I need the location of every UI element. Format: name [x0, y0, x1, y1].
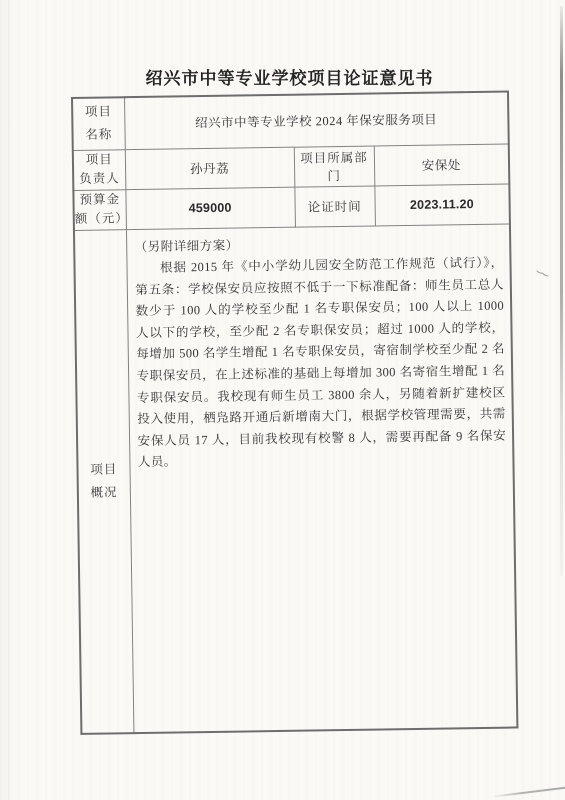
overview-paragraph: 根据 2015 年《中小学幼儿园安全防范工作规范（试行）》，第五条：学校保安员应… — [135, 253, 507, 474]
project-name-label: 项目 名称 — [72, 97, 125, 150]
project-review-form-table: 项目 名称 绍兴市中等专业学校 2024 年保安服务项目 项目 负责人 孙丹荔 … — [71, 91, 518, 735]
scanned-document-page: 绍兴市中等专业学校项目论证意见书 项目 名称 绍兴市中等专业学校 2024 年保… — [0, 0, 565, 800]
scan-corner-shadow — [491, 786, 565, 797]
project-name-value: 绍兴市中等专业学校 2024 年保安服务项目 — [124, 92, 509, 150]
overview-label: 项目 概况 — [74, 229, 133, 734]
review-time-label: 论证时间 — [294, 186, 375, 227]
row-overview: 项目 概况 （另附详细方案） 根据 2015 年《中小学幼儿园安全防范工作规范（… — [74, 224, 517, 734]
project-manager-value: 孙丹荔 — [125, 147, 295, 190]
stray-pen-mark — [536, 270, 549, 277]
review-time-value: 2023.11.20 — [374, 184, 510, 226]
overview-content: （另附详细方案） 根据 2015 年《中小学幼儿园安全防范工作规范（试行）》，第… — [126, 224, 517, 734]
budget-value: 459000 — [125, 187, 295, 230]
department-value: 安保处 — [374, 144, 510, 186]
scan-right-edge-artifact — [560, 6, 563, 576]
row-project-manager: 项目 负责人 孙丹荔 项目所属部门 安保处 — [73, 144, 510, 190]
row-project-name: 项目 名称 绍兴市中等专业学校 2024 年保安服务项目 — [72, 92, 509, 150]
document-title: 绍兴市中等专业学校项目论证意见书 — [7, 64, 565, 89]
department-label: 项目所属部门 — [294, 146, 375, 187]
row-budget: 预算金 额（元） 459000 论证时间 2023.11.20 — [73, 184, 510, 230]
budget-label: 预算金 额（元） — [73, 189, 126, 230]
project-manager-label: 项目 负责人 — [73, 149, 126, 190]
scan-left-edge-artifact — [8, 0, 9, 800]
